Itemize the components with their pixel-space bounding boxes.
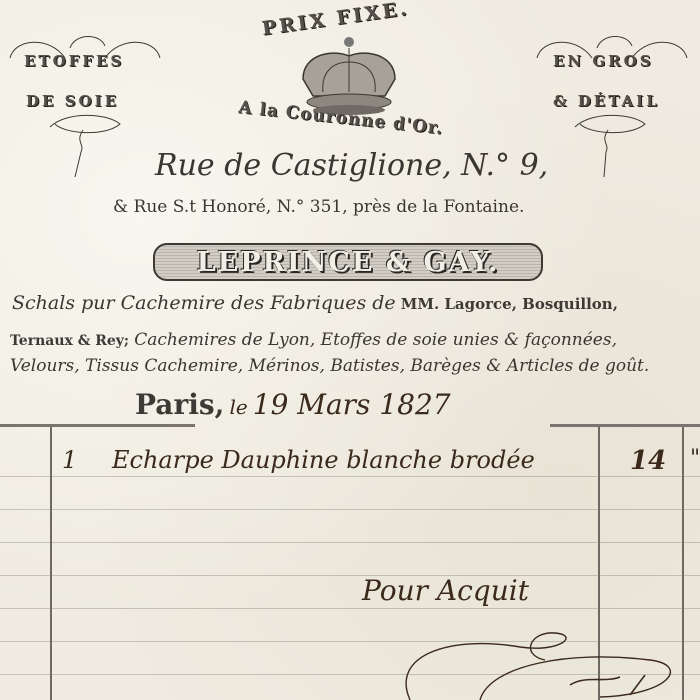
right-flourish-bottom-icon: [570, 112, 650, 182]
description-line-3: Velours, Tissus Cachemire, Mérinos, Bati…: [10, 356, 649, 376]
description-makers-1: MM. Lagorce, Bosquillon,: [401, 295, 618, 313]
ledger-rule: [0, 608, 700, 609]
dateline: Paris, le 19 Mars 1827: [135, 388, 451, 421]
description-line-2: Ternaux & Rey; Cachemires de Lyon, Etoff…: [10, 330, 617, 350]
ledger-rule: [0, 509, 700, 510]
description-makers-2: Ternaux & Rey;: [10, 333, 129, 349]
qty-column-divider: [50, 427, 52, 700]
pour-acquit-note: Pour Acquit: [362, 574, 529, 607]
description-line-1: Schals pur Cachemire des Fabriques de MM…: [12, 292, 618, 314]
table-top-rule-left: [0, 424, 195, 427]
description-script-2: Cachemires de Lyon, Etoffes de soie unie…: [134, 330, 617, 350]
item-amount: 14: [630, 446, 666, 476]
ledger-rule: [0, 542, 700, 543]
dateline-date: 19 Mars 1827: [253, 388, 451, 421]
item-description: Echarpe Dauphine blanche brodée: [112, 446, 535, 474]
en-gros-label: EN GROS: [553, 52, 654, 70]
item-cents: ": [690, 446, 700, 471]
ledger-rule: [0, 476, 700, 477]
de-soie-label: DE SOIE: [26, 92, 119, 110]
etoffes-label: ETOFFES: [24, 52, 124, 70]
dateline-place: Paris,: [135, 388, 224, 421]
firm-name-banner: LEPRINCE & GAY.: [153, 243, 543, 281]
table-top-rule-right: [550, 424, 700, 427]
signature-flourish-icon: [370, 625, 690, 700]
dateline-le: le: [229, 395, 247, 419]
item-qty: 1: [62, 446, 77, 474]
description-script-1: Schals pur Cachemire des Fabriques de: [12, 292, 396, 314]
address-secondary: & Rue S.t Honoré, N.° 351, près de la Fo…: [113, 197, 524, 217]
ledger-rule: [0, 575, 700, 576]
address-main: Rue de Castiglione, N.° 9,: [155, 148, 548, 183]
left-flourish-bottom-icon: [45, 112, 125, 182]
detail-label: & DÉTAIL: [553, 92, 660, 110]
firm-name: LEPRINCE & GAY.: [197, 247, 500, 278]
